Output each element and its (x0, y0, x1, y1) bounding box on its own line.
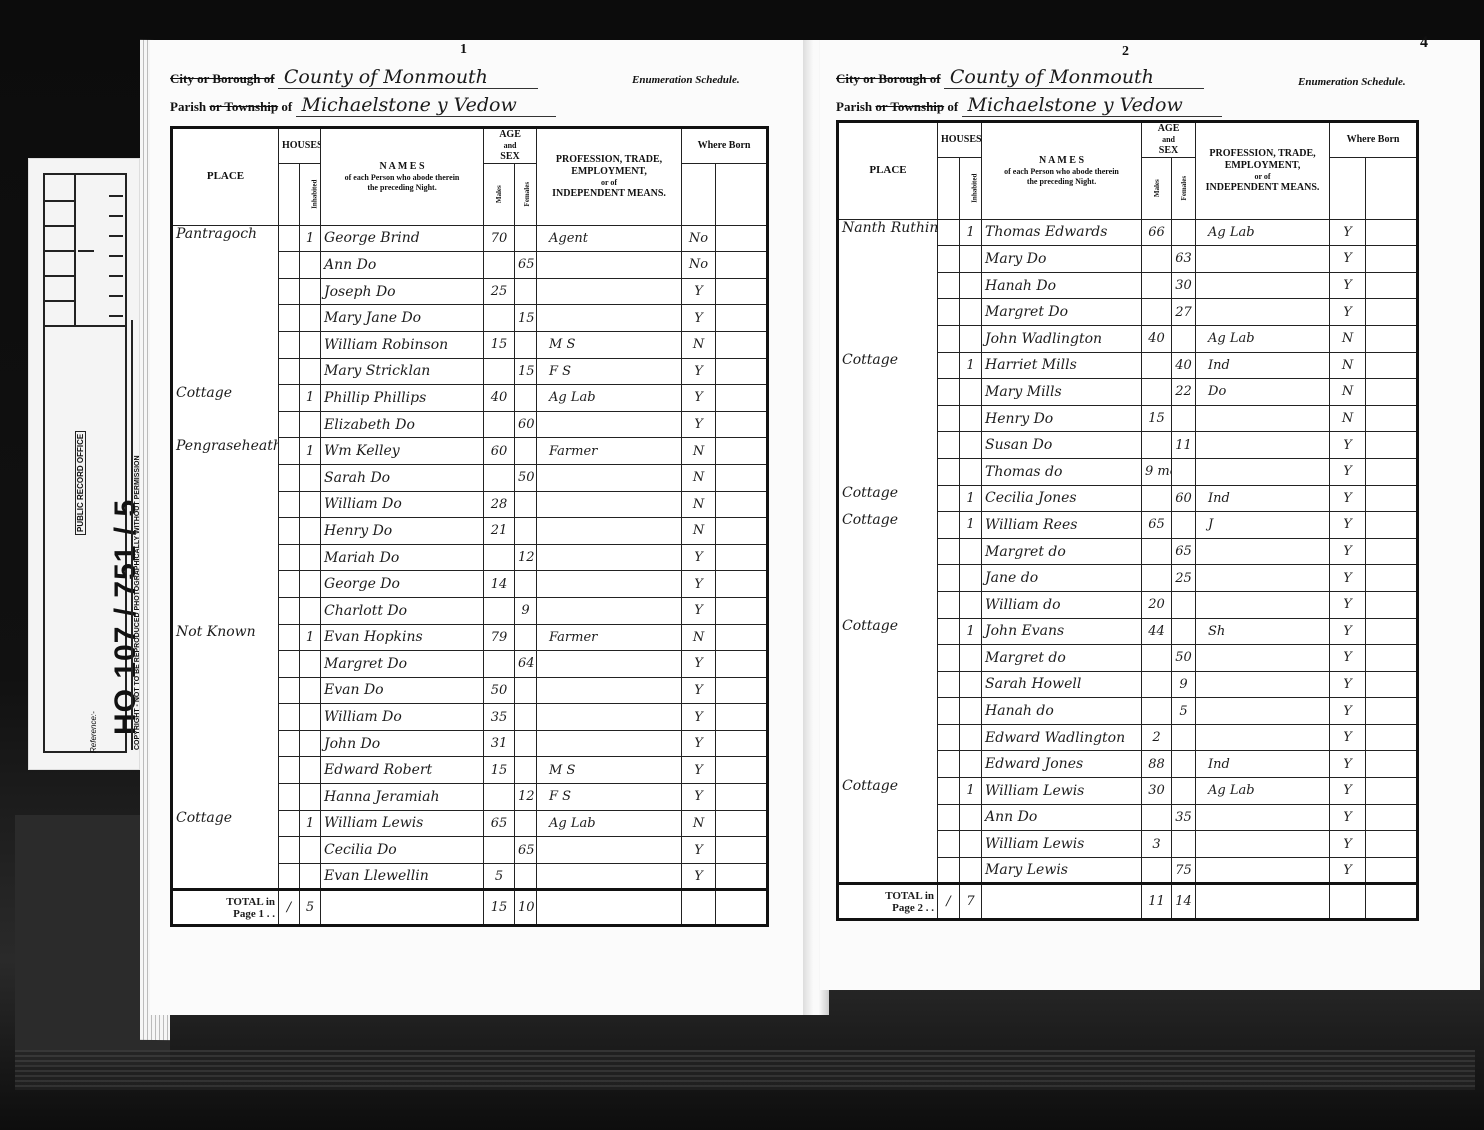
table-row: Evan Llewellin5Y (172, 863, 768, 890)
place-cell (172, 651, 279, 678)
female-age-cell (515, 757, 537, 784)
inhabited-cell (960, 246, 982, 273)
inhabited-cell: 1 (960, 485, 982, 512)
col-uninhabited: Uninhabited or Building (279, 163, 300, 225)
place-cell: Cottage (172, 810, 279, 837)
uninhabited-cell (938, 512, 960, 539)
place-cell (172, 704, 279, 731)
name-cell: Charlott Do (321, 597, 484, 624)
place-cell (172, 278, 279, 305)
born-same-county-cell: Y (682, 837, 716, 864)
born-same-county-cell: Y (1330, 698, 1366, 725)
male-age-cell (1142, 671, 1172, 698)
born-same-county-cell: Y (682, 863, 716, 890)
city-borough-label: City or Borough of (170, 71, 275, 86)
place-cell: Cottage (172, 385, 279, 412)
female-age-cell: 50 (1172, 645, 1196, 672)
profession-cell: Do (1196, 379, 1330, 406)
male-age-cell (1142, 299, 1172, 326)
place-cell: Not Known (172, 624, 279, 651)
inhabited-cell (300, 597, 321, 624)
name-cell: Mary Lewis (982, 857, 1142, 884)
names-title: N A M E S (985, 155, 1138, 167)
place-cell (838, 724, 938, 751)
table-row: Hanna Jeramiah12F SY (172, 784, 768, 811)
inhabited-cell: 1 (300, 810, 321, 837)
born-abroad-cell (1366, 565, 1418, 592)
born-abroad-cell (716, 438, 768, 465)
male-age-cell: 79 (484, 624, 515, 651)
born-same-county-cell: N (682, 331, 716, 358)
name-cell: William Robinson (321, 331, 484, 358)
township-struck-label: or Township (875, 99, 944, 114)
male-age-cell: 21 (484, 518, 515, 545)
name-cell: John Evans (982, 618, 1142, 645)
parish-line: Parish or Township of Michaelstone y Ved… (836, 94, 1222, 117)
born-same-county-cell: N (682, 518, 716, 545)
uninhabited-cell (279, 464, 300, 491)
name-cell: Evan Do (321, 677, 484, 704)
uninhabited-cell (938, 831, 960, 858)
place-cell (172, 677, 279, 704)
profession-cell (1196, 405, 1330, 432)
public-record-office-label: PUBLIC RECORD OFFICE (75, 431, 86, 535)
female-age-cell: 63 (1172, 246, 1196, 273)
table-row: Mary Mills22DoN (838, 379, 1418, 406)
table-row: William Do28N (172, 491, 768, 518)
prof-line3: or of (1199, 172, 1326, 182)
uninhabited-cell (279, 544, 300, 571)
born-abroad-cell (1366, 831, 1418, 858)
place-cell (838, 804, 938, 831)
uninhabited-cell (279, 305, 300, 332)
female-age-cell: 25 (1172, 565, 1196, 592)
uninhabited-cell (279, 677, 300, 704)
col-same-county: Whether Born in same County (1330, 157, 1366, 219)
profession-cell (1196, 432, 1330, 459)
profession-cell (537, 518, 682, 545)
parish-of-label: of (944, 99, 958, 114)
uninhabited-cell (938, 645, 960, 672)
profession-cell (537, 597, 682, 624)
census-table: PLACE HOUSES N A M E S of each Person wh… (836, 120, 1419, 921)
female-age-cell: 65 (515, 837, 537, 864)
born-abroad-cell (716, 651, 768, 678)
born-abroad-cell (1366, 325, 1418, 352)
prof-line4: INDEPENDENT MEANS. (1199, 182, 1326, 194)
inhabited-cell (960, 538, 982, 565)
female-age-cell (515, 571, 537, 598)
uninhabited-cell (938, 804, 960, 831)
table-row: Hanah do5Y (838, 698, 1418, 725)
profession-cell: F S (537, 784, 682, 811)
male-age-cell: 65 (1142, 512, 1172, 539)
name-cell: Susan Do (982, 432, 1142, 459)
col-uninhabited: Uninhabited or Building (938, 157, 960, 219)
born-same-county-cell: N (682, 810, 716, 837)
col-place: PLACE (172, 128, 279, 226)
male-age-cell (484, 651, 515, 678)
born-same-county-cell: Y (1330, 565, 1366, 592)
place-cell: Cottage (838, 485, 938, 512)
place-cell (838, 379, 938, 406)
uninhabited-cell (279, 597, 300, 624)
male-age-cell: 14 (484, 571, 515, 598)
uninhabited-cell (938, 272, 960, 299)
born-abroad-cell (716, 757, 768, 784)
inhabited-cell (300, 730, 321, 757)
born-abroad-cell (716, 464, 768, 491)
inhabited-cell (300, 863, 321, 890)
county-value: County of Monmouth (278, 66, 538, 89)
inhabited-cell: 1 (960, 219, 982, 246)
place-cell (838, 751, 938, 778)
born-same-county-cell: Y (682, 305, 716, 332)
born-abroad-cell (1366, 724, 1418, 751)
name-cell: Margret do (982, 645, 1142, 672)
born-same-county-cell: N (682, 464, 716, 491)
inhabited-cell (300, 518, 321, 545)
born-abroad-cell (1366, 591, 1418, 618)
place-cell (838, 857, 938, 884)
place-cell (172, 597, 279, 624)
profession-cell (537, 278, 682, 305)
profession-cell: Ind (1196, 352, 1330, 379)
profession-cell: Ag Lab (1196, 325, 1330, 352)
place-cell (838, 538, 938, 565)
profession-cell (537, 491, 682, 518)
female-age-cell: 12 (515, 784, 537, 811)
inhabited-cell (300, 571, 321, 598)
total-blank (537, 890, 682, 926)
female-age-cell: 30 (1172, 272, 1196, 299)
name-cell: Edward Jones (982, 751, 1142, 778)
table-row: Pengraseheath1Wm Kelley60FarmerN (172, 438, 768, 465)
born-abroad-cell (1366, 246, 1418, 273)
female-age-cell (515, 225, 537, 252)
place-cell (172, 411, 279, 438)
total-females: 14 (1172, 884, 1196, 920)
total-blank (982, 884, 1142, 920)
male-age-cell (484, 784, 515, 811)
col-names: N A M E S of each Person who abode there… (321, 128, 484, 226)
name-cell: Joseph Do (321, 278, 484, 305)
born-same-county-cell: Y (682, 385, 716, 412)
name-cell: George Do (321, 571, 484, 598)
female-age-cell (515, 677, 537, 704)
male-age-cell: 25 (484, 278, 515, 305)
female-age-cell: 5 (1172, 698, 1196, 725)
male-age-cell: 88 (1142, 751, 1172, 778)
table-row: Evan Do50Y (172, 677, 768, 704)
female-age-cell (1172, 512, 1196, 539)
total-inhabited: 7 (960, 884, 982, 920)
table-row: Not Known1Evan Hopkins79FarmerN (172, 624, 768, 651)
uninhabited-cell (279, 278, 300, 305)
col-where-born: Where Born (1330, 122, 1418, 158)
born-abroad-cell (716, 225, 768, 252)
female-age-cell: 64 (515, 651, 537, 678)
uninhabited-cell (938, 405, 960, 432)
parish-label: Parish (836, 99, 875, 114)
born-same-county-cell: Y (1330, 671, 1366, 698)
table-row: Jane do25Y (838, 565, 1418, 592)
uninhabited-cell (938, 698, 960, 725)
place-cell (172, 518, 279, 545)
names-sub2: the preceding Night. (324, 183, 480, 193)
prof-line4: INDEPENDENT MEANS. (540, 188, 678, 200)
inhabited-cell (300, 278, 321, 305)
profession-cell: Ag Lab (537, 385, 682, 412)
table-row: Cottage1Cecilia Jones60IndY (838, 485, 1418, 512)
female-age-cell: 60 (515, 411, 537, 438)
table-row: Hanah Do30Y (838, 272, 1418, 299)
born-abroad-cell (1366, 645, 1418, 672)
table-row: Mary Stricklan15F SY (172, 358, 768, 385)
inhabited-cell (300, 757, 321, 784)
born-abroad-cell (1366, 698, 1418, 725)
col-females: Females (1172, 157, 1196, 219)
table-row: Cottage1William Lewis30Ag LabY (838, 778, 1418, 805)
male-age-cell (1142, 645, 1172, 672)
total-uninhabited: / (938, 884, 960, 920)
names-sub1: of each Person who abode therein (324, 173, 480, 183)
born-same-county-cell: Y (1330, 724, 1366, 751)
inhabited-cell (300, 411, 321, 438)
parish-of-label: of (278, 99, 292, 114)
parish-value: Michaelstone y Vedow (296, 94, 556, 117)
born-abroad-cell (1366, 272, 1418, 299)
female-age-cell: 12 (515, 544, 537, 571)
born-same-county-cell: Y (1330, 591, 1366, 618)
name-cell: William Lewis (982, 778, 1142, 805)
uninhabited-cell (938, 857, 960, 884)
col-age-sex: AGE and SEX (484, 128, 537, 164)
table-row: Pantragoch1George Brind70AgentNo (172, 225, 768, 252)
total-females: 10 (515, 890, 537, 926)
table-row: George Do14Y (172, 571, 768, 598)
male-age-cell: 40 (484, 385, 515, 412)
uninhabited-cell (938, 591, 960, 618)
place-cell (172, 544, 279, 571)
uninhabited-cell (279, 757, 300, 784)
male-age-cell (484, 597, 515, 624)
born-abroad-cell (716, 491, 768, 518)
table-row: William do20Y (838, 591, 1418, 618)
name-cell: William Lewis (982, 831, 1142, 858)
total-row: TOTAL inPage 1 . . / 5 15 10 (172, 890, 768, 926)
female-age-cell: 15 (515, 358, 537, 385)
born-same-county-cell: No (682, 252, 716, 279)
place-cell (838, 299, 938, 326)
place-cell (172, 491, 279, 518)
place-cell (838, 432, 938, 459)
born-abroad-cell (716, 810, 768, 837)
profession-cell (1196, 804, 1330, 831)
total-blank (321, 890, 484, 926)
place-cell (172, 305, 279, 332)
profession-cell (1196, 671, 1330, 698)
male-age-cell: 15 (484, 331, 515, 358)
name-cell: Mary Jane Do (321, 305, 484, 332)
table-row: Mary Lewis75Y (838, 857, 1418, 884)
place-cell: Cottage (838, 778, 938, 805)
schedule-title: Enumeration Schedule. (632, 74, 740, 86)
female-age-cell (515, 704, 537, 731)
born-same-county-cell: N (1330, 379, 1366, 406)
born-abroad-cell (716, 597, 768, 624)
name-cell: Harriet Mills (982, 352, 1142, 379)
uninhabited-cell (938, 671, 960, 698)
male-age-cell: 30 (1142, 778, 1172, 805)
female-age-cell (1172, 458, 1196, 485)
census-page-1: 1 City or Borough of County of Monmouth … (150, 40, 810, 1015)
inhabited-cell (300, 252, 321, 279)
female-age-cell (1172, 325, 1196, 352)
folio-number: 4 (1420, 34, 1428, 52)
born-abroad-cell (1366, 352, 1418, 379)
male-age-cell: 15 (484, 757, 515, 784)
profession-cell (537, 571, 682, 598)
col-inhabited: Inhabited (300, 163, 321, 225)
born-same-county-cell: Y (682, 411, 716, 438)
inhabited-cell (960, 831, 982, 858)
female-age-cell (1172, 618, 1196, 645)
uninhabited-cell (279, 411, 300, 438)
inhabited-cell (960, 724, 982, 751)
inhabited-cell (960, 698, 982, 725)
profession-cell (1196, 299, 1330, 326)
born-abroad-cell (716, 358, 768, 385)
parish-value: Michaelstone y Vedow (962, 94, 1222, 117)
born-abroad-cell (1366, 751, 1418, 778)
table-row: Margret do50Y (838, 645, 1418, 672)
total-row: TOTAL inPage 2 . . / 7 11 14 (838, 884, 1418, 920)
born-abroad-cell (1366, 379, 1418, 406)
name-cell: Evan Llewellin (321, 863, 484, 890)
prof-line1: PROFESSION, TRADE, (540, 154, 678, 166)
male-age-cell (1142, 857, 1172, 884)
male-age-cell: 9 months (1142, 458, 1172, 485)
name-cell: Thomas do (982, 458, 1142, 485)
census-table: PLACE HOUSES N A M E S of each Person wh… (170, 126, 769, 927)
inhabited-cell (300, 358, 321, 385)
male-age-cell: 60 (484, 438, 515, 465)
table-row: Edward Wadlington2Y (838, 724, 1418, 751)
male-age-cell: 20 (1142, 591, 1172, 618)
born-abroad-cell (716, 252, 768, 279)
profession-cell: M S (537, 757, 682, 784)
page-number: 1 (460, 42, 467, 58)
table-row: Sarah Do50N (172, 464, 768, 491)
place-cell (838, 831, 938, 858)
profession-cell (537, 677, 682, 704)
male-age-cell (484, 252, 515, 279)
name-cell: Mary Mills (982, 379, 1142, 406)
age-sex: SEX (487, 151, 533, 163)
name-cell: Cecilia Jones (982, 485, 1142, 512)
reference-card-frame: PUBLIC RECORD OFFICE HO 107 / 751 / 5 Re… (43, 173, 127, 753)
name-cell: George Brind (321, 225, 484, 252)
col-scotland-ireland: Whether Born in Scotland, Ireland, or Fo… (716, 163, 768, 225)
born-abroad-cell (716, 518, 768, 545)
table-row: Cecilia Do65Y (172, 837, 768, 864)
female-age-cell (515, 438, 537, 465)
born-same-county-cell: Y (682, 597, 716, 624)
schedule-title: Enumeration Schedule. (1298, 76, 1406, 88)
parish-line: Parish or Township of Michaelstone y Ved… (170, 94, 556, 117)
city-borough-line: City or Borough of County of Monmouth (836, 66, 1204, 89)
uninhabited-cell (279, 358, 300, 385)
female-age-cell: 75 (1172, 857, 1196, 884)
born-same-county-cell: Y (1330, 299, 1366, 326)
born-abroad-cell (716, 730, 768, 757)
col-houses: HOUSES (279, 128, 321, 164)
profession-cell (537, 252, 682, 279)
born-same-county-cell: Y (1330, 432, 1366, 459)
county-value: County of Monmouth (944, 66, 1204, 89)
female-age-cell: 65 (515, 252, 537, 279)
total-uninhabited: / (279, 890, 300, 926)
female-age-cell: 22 (1172, 379, 1196, 406)
uninhabited-cell (279, 624, 300, 651)
female-age-cell (1172, 219, 1196, 246)
place-cell (172, 252, 279, 279)
prof-line2: EMPLOYMENT, (1199, 160, 1326, 172)
col-males: Males (1142, 157, 1172, 219)
place-cell: Pantragoch (172, 225, 279, 252)
born-abroad-cell (716, 278, 768, 305)
name-cell: Hanah Do (982, 272, 1142, 299)
profession-cell: M S (537, 331, 682, 358)
name-cell: Henry Do (321, 518, 484, 545)
place-cell (838, 246, 938, 273)
uninhabited-cell (279, 571, 300, 598)
born-abroad-cell (1366, 618, 1418, 645)
inhabited-cell: 1 (300, 438, 321, 465)
col-same-county: Whether Born in same County (682, 163, 716, 225)
born-same-county-cell: N (1330, 352, 1366, 379)
inhabited-cell (960, 325, 982, 352)
uninhabited-cell (279, 837, 300, 864)
page-number: 2 (1122, 44, 1129, 60)
profession-cell: Ag Lab (537, 810, 682, 837)
age-title: AGE (487, 129, 533, 141)
female-age-cell (515, 385, 537, 412)
place-cell: Cottage (838, 618, 938, 645)
profession-cell: Agent (537, 225, 682, 252)
born-abroad-cell (716, 385, 768, 412)
place-cell (838, 458, 938, 485)
born-abroad-cell (716, 571, 768, 598)
col-males: Males (484, 163, 515, 225)
male-age-cell: 2 (1142, 724, 1172, 751)
male-age-cell: 70 (484, 225, 515, 252)
place-cell (172, 837, 279, 864)
name-cell: Hanna Jeramiah (321, 784, 484, 811)
female-age-cell: 27 (1172, 299, 1196, 326)
born-abroad-cell (1366, 458, 1418, 485)
table-row: Henry Do15N (838, 405, 1418, 432)
age-sex: SEX (1145, 145, 1192, 157)
prof-line2: EMPLOYMENT, (540, 166, 678, 178)
col-females: Females (515, 163, 537, 225)
table-row: Edward Robert15M SY (172, 757, 768, 784)
place-cell: Nanth Ruthin (838, 219, 938, 246)
inhabited-cell (300, 305, 321, 332)
name-cell: Margret do (982, 538, 1142, 565)
female-age-cell (1172, 591, 1196, 618)
